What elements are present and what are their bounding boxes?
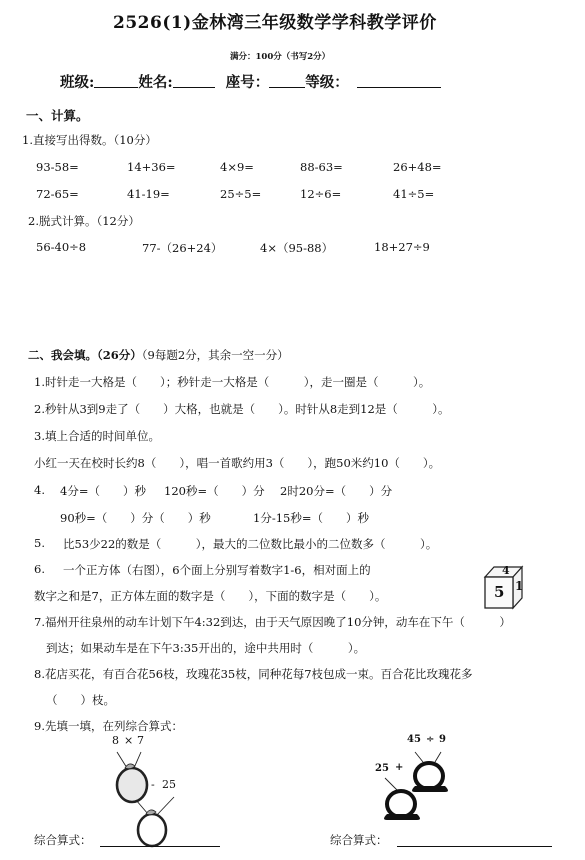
name-field[interactable] [173, 73, 215, 88]
s1-q1-r2-c3: 25÷5= [220, 187, 261, 201]
section2-heading-row: 二、我会填。（26分）（9每题2分，其余一空一分） [28, 347, 289, 363]
s1-q1-r2-c1: 72-65= [36, 187, 79, 201]
right-operand-b: 9 [439, 734, 446, 745]
s1-q1-r1-c4: 88-63= [300, 160, 343, 174]
s2-q4-l1-b: 120秒=（ ）分 [164, 483, 265, 499]
right-operator-1: ÷ [426, 734, 434, 745]
s2-q1: 1.时针走一大格是（ ）；秒针走一大格是（ ），走一圈是（ ）。 [34, 374, 430, 390]
left-operand-c: 25 [162, 778, 176, 791]
section1-heading: 一、计算。 [26, 106, 89, 124]
s1-q1-r2-c4: 12÷6= [300, 187, 341, 201]
apple-diagram-right-icon [375, 740, 455, 830]
exam-title: 2526(1)金林湾三年级数学学科教学评价 [113, 8, 437, 33]
student-info-row: 班级:姓名: 座号：等级： [60, 71, 441, 92]
s1-q2-item2: 77-（26+24） [142, 240, 222, 256]
s2-q3-text: 小红一天在校时长约8（ ），唱一首歌约用3（ ），跑50米约10（ ）。 [34, 455, 440, 471]
s1-q1-r1-c1: 93-58= [36, 160, 79, 174]
left-operand-a: 8 [112, 734, 119, 747]
s2-q4-l2-a: 90秒=（ ）分（ ）秒 [60, 510, 211, 526]
grade-label: 等级： [305, 74, 349, 91]
scan-speck: · [412, 12, 415, 23]
s2-q6-line1: 一个正方体（右图），6个面上分别写着数字1-6，相对面上的 [63, 562, 371, 578]
s2-q4-l2-b: 1分-15秒=（ ）秒 [253, 510, 369, 526]
formula-answer-right[interactable] [397, 846, 552, 847]
s1-q1-r1-c2: 14+36= [127, 160, 176, 174]
s2-q8-line2: （ ）枝。 [46, 692, 115, 708]
s2-q5-text: 比53少22的数是（ ），最大的二位数比最小的二位数多（ ）。 [63, 536, 437, 552]
s1-q1-r2-c2: 41-19= [127, 187, 170, 201]
s2-q6-line2: 数字之和是7，正方体左面的数字是（ ），下面的数字是（ ）。 [34, 588, 386, 604]
cube-top-number: 4 [502, 564, 510, 577]
s2-q8-line1: 8.花店买花，有百合花56枝，玫瑰花35枝，同种花每7枝包成一束。百合花比玫瑰花… [34, 666, 473, 682]
s2-q4-num: 4. [34, 483, 45, 497]
s2-q2: 2.秒针从3到9走了（ ）大格，也就是（ ）。时针从8走到12是（ ）。 [34, 401, 450, 417]
s2-q9-label: 9.先填一填，在列综合算式： [34, 718, 183, 734]
formula-label-right: 综合算式： [330, 832, 388, 848]
s1-q2-item4: 18+27÷9 [374, 240, 430, 254]
s1-q1-r2-c5: 41÷5= [393, 187, 434, 201]
right-operand-a: 45 [407, 734, 421, 745]
right-operand-c: 25 [375, 763, 389, 774]
seat-label: 座号： [226, 74, 270, 91]
apple-diagram-left: 8 × 7 - 25 [108, 740, 188, 850]
name-label: 姓名: [138, 74, 172, 91]
left-operand-b: 7 [137, 734, 144, 747]
s1-q2-label: 2.脱式计算。（12分） [28, 213, 140, 229]
apple-diagram-right: 45 ÷ 9 25 + [375, 740, 455, 830]
cube-front-number: 5 [494, 583, 504, 601]
formula-answer-left[interactable] [100, 846, 220, 847]
s1-q2-item1: 56-40÷8 [36, 240, 86, 254]
apple-diagram-left-icon [108, 740, 188, 850]
section2-heading-note: （9每题2分，其余一空一分） [142, 348, 289, 362]
left-operator-1: × [124, 734, 133, 747]
full-score-note: 满分：100分（书写2分） [230, 50, 330, 62]
s2-q3-label: 3.填上合适的时间单位。 [34, 428, 160, 444]
class-field[interactable] [94, 73, 138, 88]
s2-q7-line1: 7.福州开往泉州的动车计划下午4:32到达，由于天气原因晚了10分钟，动车在下午… [34, 614, 511, 630]
s2-q5-num: 5. [34, 536, 45, 550]
s1-q2-item3: 4×（95-88） [260, 240, 333, 256]
cube-right-number: 1 [515, 579, 523, 593]
seat-field[interactable] [269, 73, 305, 88]
right-operator-2: + [395, 762, 403, 773]
section2-heading: 二、我会填。（26分） [28, 348, 142, 362]
cube-figure: 4 5 1 [482, 565, 526, 609]
s2-q7-line2: 到达；如果动车是在下午3:35开出的，途中共用时（ ）。 [46, 640, 365, 656]
class-label: 班级: [60, 74, 94, 91]
s1-q1-r1-c3: 4×9= [220, 160, 254, 174]
s1-q1-label: 1.直接写出得数。（10分） [22, 132, 157, 148]
s2-q4-l1-a: 4分=（ ）秒 [60, 483, 146, 499]
grade-field[interactable] [357, 73, 441, 88]
s1-q1-r1-c5: 26+48= [393, 160, 442, 174]
s2-q6-num: 6. [34, 562, 45, 576]
formula-label-left: 综合算式： [34, 832, 92, 848]
left-operator-2: - [151, 778, 155, 791]
s2-q4-l1-c: 2时20分=（ ）分 [280, 483, 392, 499]
